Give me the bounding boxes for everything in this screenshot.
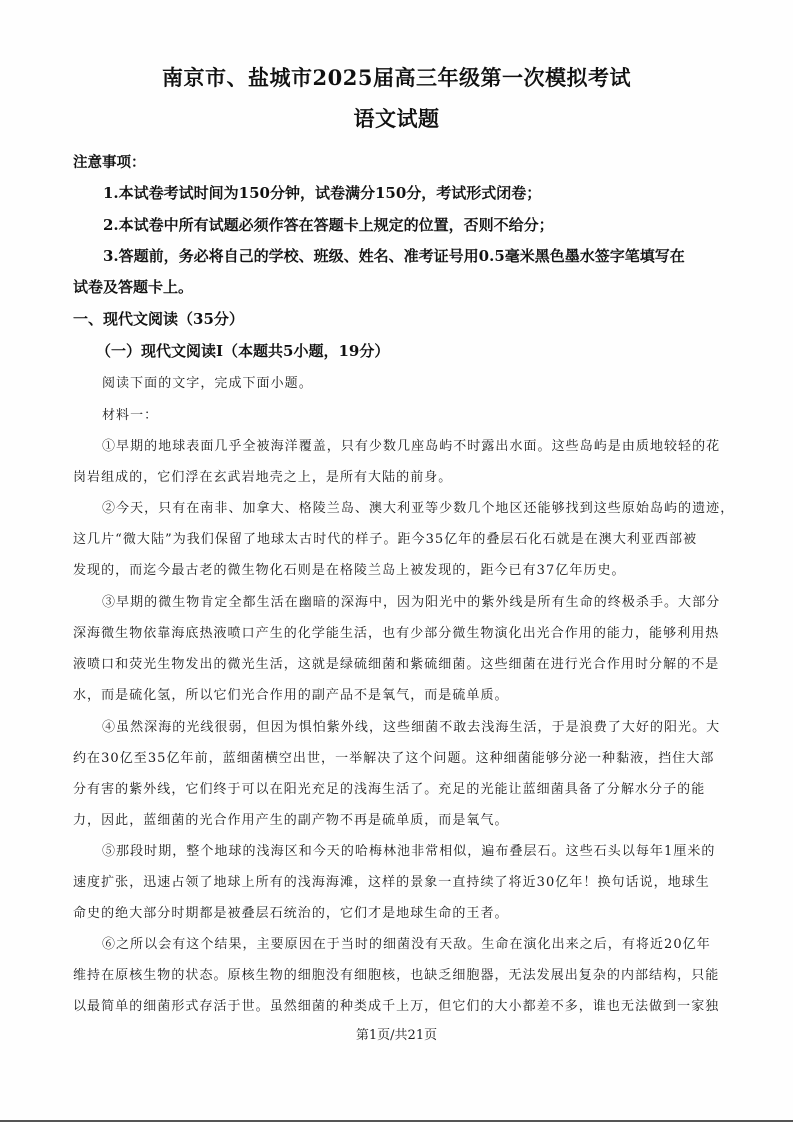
paragraph-line: 这几片“微大陆”为我们保留了地球太古时代的样子。距今35亿年的叠层石化石就是在澳…	[73, 528, 697, 547]
paragraph-line: 命史的绝大部分时期都是被叠层石统治的，它们才是地球生命的王者。	[73, 902, 509, 921]
paragraph-line: ③早期的微生物肯定全都生活在幽暗的深海中，因为阳光中的紫外线是所有生命的终极杀手…	[102, 591, 720, 610]
notes-heading: 注意事项：	[73, 151, 146, 172]
paragraph-line: 以最简单的细菌形式存活于世。虽然细菌的种类成千上万，但它们的大小都差不多，谁也无…	[73, 995, 719, 1014]
paragraph-line: 液喷口和荧光生物发出的微光生活，这就是绿硫细菌和紫硫细菌。这些细菌在进行光合作用…	[73, 653, 719, 672]
paragraph-line: ⑥之所以会有这个结果，主要原因在于当时的细菌没有天敌。生命在演化出来之后，有将近…	[102, 933, 711, 952]
reading-instruction: 阅读下面的文字，完成下面小题。	[102, 372, 313, 391]
paragraph-line: ④虽然深海的光线很弱，但因为惧怕紫外线，这些细菌不敢去浅海生活，于是浪费了大好的…	[102, 716, 720, 735]
paragraph-line: 维持在原核生物的状态。原核生物的细胞没有细胞核，也缺乏细胞器，无法发展出复杂的内…	[73, 964, 719, 983]
exam-title: 南京市、盐城市2025届高三年级第一次模拟考试	[0, 62, 793, 92]
note-item-1: 1.本试卷考试时间为150分钟，试卷满分150分，考试形式闭卷；	[103, 182, 541, 203]
paragraph-line: ①早期的地球表面几乎全被海洋覆盖，只有少数几座岛屿不时露出水面。这些岛屿是由质地…	[102, 435, 720, 454]
note-item-3-cont: 试卷及答题卡上。	[73, 276, 193, 297]
paragraph-line: 分有害的紫外线，它们终于可以在阳光充足的浅海生活了。充足的光能让蓝细菌具备了分解…	[73, 778, 705, 797]
paragraph-line: ⑤那段时期，整个地球的浅海区和今天的哈梅林池非常相似，遍布叠层石。这些石头以每年…	[102, 840, 715, 859]
paragraph-line: 深海微生物依靠海底热液喷口产生的化学能生活，也有少部分微生物演化出光合作用的能力…	[73, 622, 719, 641]
paragraph-line: ②今天，只有在南非、加拿大、格陵兰岛、澳大利亚等少数几个地区还能够找到这些原始岛…	[102, 497, 734, 516]
paragraph-line: 岗岩组成的，它们浮在玄武岩地壳之上，是所有大陆的前身。	[73, 466, 452, 485]
paragraph-line: 约在30亿至35亿年前，蓝细菌横空出世，一举解决了这个问题。这种细菌能够分泌一种…	[73, 747, 714, 766]
paragraph-line: 发现的，而迄今最古老的微生物化石则是在格陵兰岛上被发现的，距今已有37亿年历史。	[73, 559, 626, 578]
paragraph-line: 水，而是硫化氢，所以它们光合作用的副产品不是氧气，而是硫单质。	[73, 684, 509, 703]
paragraph-line: 速度扩张，迅速占领了地球上所有的浅海海滩，这样的景象一直持续了将近30亿年！换句…	[73, 871, 710, 890]
page-indicator: 第1页/共21页	[0, 1024, 793, 1043]
material-label: 材料一：	[102, 404, 158, 423]
subsection-title: （一）现代文阅读Ⅰ（本题共5小题，19分）	[96, 340, 389, 361]
note-item-3: 3.答题前，务必将自己的学校、班级、姓名、准考证号用0.5毫米黑色墨水签字笔填写…	[103, 245, 685, 266]
paragraph-line: 力，因此，蓝细菌的光合作用产生的副产物不再是硫单质，而是氧气。	[73, 809, 509, 828]
section-title: 一、现代文阅读（35分）	[73, 308, 244, 329]
note-item-2: 2.本试卷中所有试题必须作答在答题卡上规定的位置，否则不给分；	[103, 214, 554, 235]
exam-subtitle: 语文试题	[0, 103, 793, 133]
